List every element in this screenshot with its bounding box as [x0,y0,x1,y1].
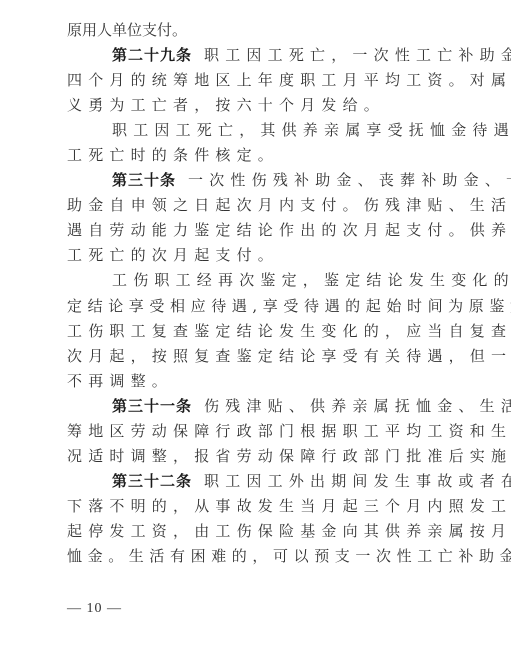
line-text: 恤金。生活有困难的，可以预支一次性工亡补助金的百分之五十。 [67,547,511,565]
article-30-heading-line: 第三十条一次性伤残补助金、丧葬补助金、一次性工亡补 [67,168,453,193]
line-text: 下落不明的，从事故发生当月起三个月内照发工资，从第四个月 [67,497,511,515]
text-line: 四个月的统筹地区上年度职工月平均工资。对属于抢险救灾、见 [67,68,453,93]
line-text: 不再调整。 [67,372,173,390]
text-line: 不再调整。 [67,369,453,394]
text-line: 遇自劳动能力鉴定结论作出的次月起支付。供养亲属抚恤金自职 [67,218,453,243]
line-text: 况适时调整，报省劳动保障行政部门批准后实施。 [67,447,511,465]
article-32-heading-line: 第三十二条职工因工外出期间发生事故或者在抢险救灾中 [67,469,453,494]
text-line: 次月起，按照复查鉴定结论享受有关待遇，但一次性伤残补助金 [67,344,453,369]
text-line: 下落不明的，从事故发生当月起三个月内照发工资，从第四个月 [67,494,453,519]
line-text: 一次性伤残补助金、丧葬补助金、一次性工亡补 [188,171,511,189]
text-line: 原用人单位支付。 [67,18,453,43]
article-title: 第三十一条 [112,397,192,415]
line-text: 助金自申领之日起次月内支付。伤残津贴、生活护理费等长期待 [67,196,511,214]
article-title: 第二十九条 [112,46,192,64]
article-29-heading-line: 第二十九条职工因工死亡，一次性工亡补助金标准为五十 [67,43,453,68]
line-text: 职工因工死亡，其供养亲属享受抚恤金待遇的资格按职工因 [112,121,511,139]
text-line: 工伤职工复查鉴定结论发生变化的，应当自复查鉴定结论作出的 [67,319,453,344]
text-line: 起停发工资，由工伤保险基金向其供养亲属按月支付供养亲属抚 [67,519,453,544]
line-text: 原用人单位支付。 [67,21,187,39]
line-text: 工死亡的次月起支付。 [67,246,279,264]
text-line: 工死亡的次月起支付。 [67,243,453,268]
line-text: 起停发工资，由工伤保险基金向其供养亲属按月支付供养亲属抚 [67,522,511,540]
text-line: 筹地区劳动保障行政部门根据职工平均工资和生活费用变化等情 [67,419,453,444]
text-line: 义勇为工亡者，按六十个月发给。 [67,93,453,118]
document-page: 原用人单位支付。 第二十九条职工因工死亡，一次性工亡补助金标准为五十 四个月的统… [67,18,453,569]
line-text: 遇自劳动能力鉴定结论作出的次月起支付。供养亲属抚恤金自职 [67,221,511,239]
text-line: 工死亡时的条件核定。 [67,143,453,168]
line-text: 工伤职工经再次鉴定，鉴定结论发生变化的，应当按再次鉴 [112,271,511,289]
article-31-heading-line: 第三十一条伤残津贴、供养亲属抚恤金、生活护理费由统 [67,394,453,419]
line-text: 义勇为工亡者，按六十个月发给。 [67,96,385,114]
text-line: 定结论享受相应待遇,享受待遇的起始时间为原鉴定时间的次月。 [67,294,453,319]
line-text: 四个月的统筹地区上年度职工月平均工资。对属于抢险救灾、见 [67,71,511,89]
line-text: 工死亡时的条件核定。 [67,146,279,164]
text-line: 况适时调整，报省劳动保障行政部门批准后实施。 [67,444,453,469]
line-text: 定结论享受相应待遇,享受待遇的起始时间为原鉴定时间的次月。 [67,297,511,315]
line-text: 工伤职工复查鉴定结论发生变化的，应当自复查鉴定结论作出的 [67,322,511,340]
line-text: 职工因工外出期间发生事故或者在抢险救灾中 [204,472,511,490]
text-line: 恤金。生活有困难的，可以预支一次性工亡补助金的百分之五十。 [67,544,453,569]
line-text: 伤残津贴、供养亲属抚恤金、生活护理费由统 [204,397,511,415]
article-title: 第三十二条 [112,472,192,490]
line-text: 筹地区劳动保障行政部门根据职工平均工资和生活费用变化等情 [67,422,511,440]
text-line: 助金自申领之日起次月内支付。伤残津贴、生活护理费等长期待 [67,193,453,218]
page-number: — 10 — [67,601,122,617]
text-line: 职工因工死亡，其供养亲属享受抚恤金待遇的资格按职工因 [67,118,453,143]
line-text: 职工因工死亡，一次性工亡补助金标准为五十 [204,46,511,64]
text-line: 工伤职工经再次鉴定，鉴定结论发生变化的，应当按再次鉴 [67,268,453,293]
line-text: 次月起，按照复查鉴定结论享受有关待遇，但一次性伤残补助金 [67,347,511,365]
article-title: 第三十条 [112,171,176,189]
